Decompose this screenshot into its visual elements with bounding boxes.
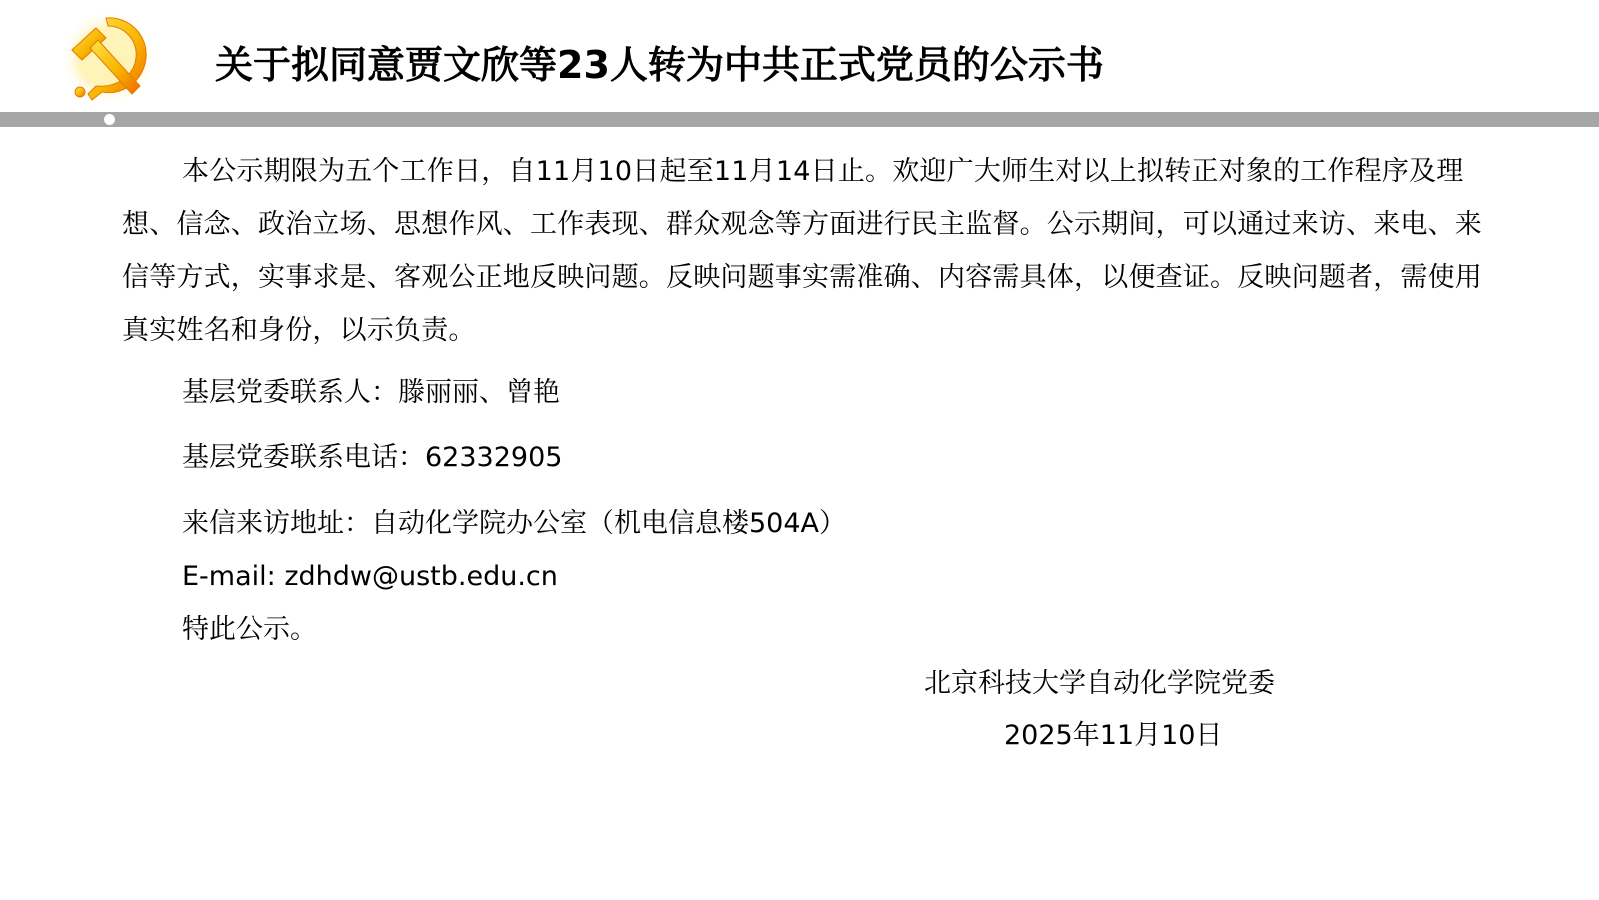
signature-organization: 北京科技大学自动化学院党委 bbox=[924, 664, 1275, 704]
address: 来信来访地址：自动化学院办公室（机电信息楼504A） bbox=[182, 504, 846, 544]
signature-date: 2025年11月10日 bbox=[1004, 716, 1222, 756]
divider-bar bbox=[0, 112, 1599, 127]
party-emblem-icon bbox=[58, 6, 158, 106]
notice-paragraph: 本公示期限为五个工作日，自11月10日起至11月14日止。欢迎广大师生对以上拟转… bbox=[122, 145, 1482, 357]
email-link[interactable]: E-mail: zdhdw@ustb.edu.cn bbox=[182, 557, 558, 597]
contact-phone: 基层党委联系电话：62332905 bbox=[182, 438, 562, 478]
contact-person: 基层党委联系人：滕丽丽、曾艳 bbox=[182, 373, 560, 413]
header: 关于拟同意贾文欣等23人转为中共正式党员的公示书 bbox=[0, 0, 1599, 112]
divider-dot bbox=[104, 114, 115, 125]
page-title: 关于拟同意贾文欣等23人转为中共正式党员的公示书 bbox=[215, 38, 1104, 92]
closing-text: 特此公示。 bbox=[182, 610, 317, 650]
notice-body: 本公示期限为五个工作日，自11月10日起至11月14日止。欢迎广大师生对以上拟转… bbox=[122, 145, 1482, 357]
